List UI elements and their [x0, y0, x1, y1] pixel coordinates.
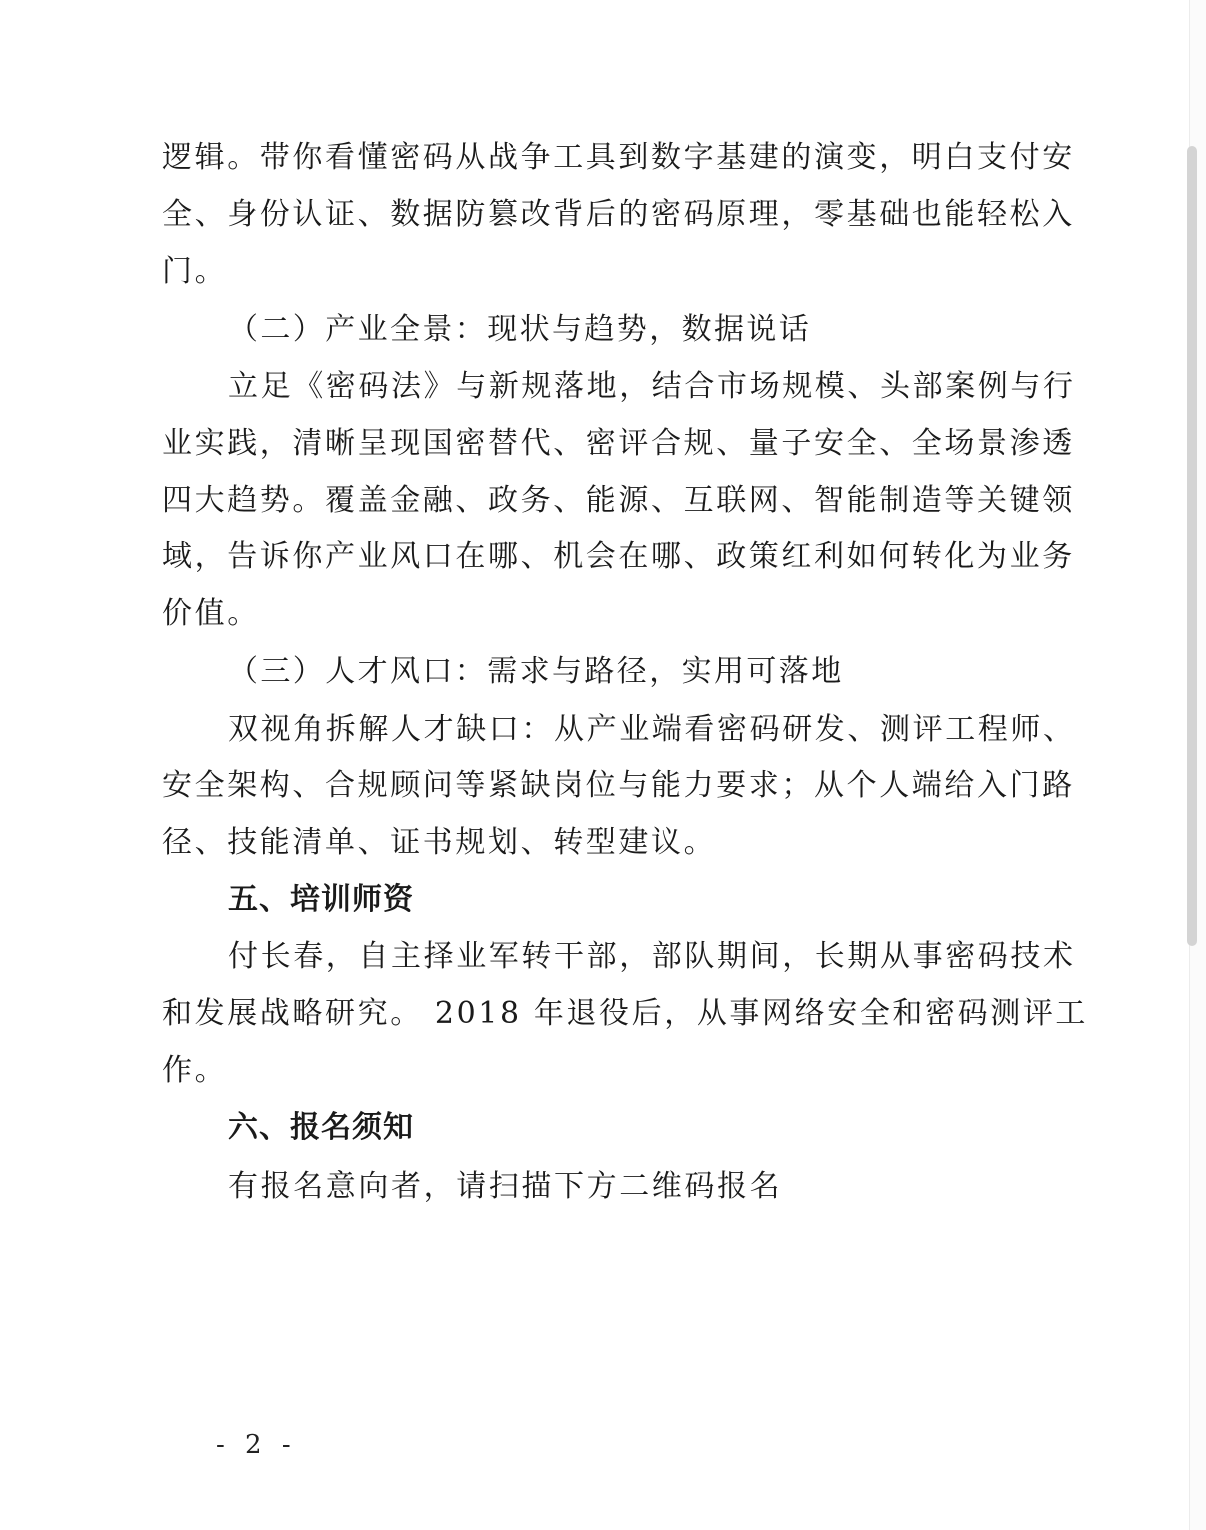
- paragraph-line: 价值。: [162, 594, 260, 634]
- section-title-talent: （三）人才风口：需求与路径，实用可落地: [228, 652, 844, 692]
- paragraph-line: 有报名意向者，请扫描下方二维码报名: [228, 1167, 782, 1207]
- paragraph-line: 逻辑。带你看懂密码从战争工具到数字基建的演变，明白支付安: [162, 138, 1075, 178]
- paragraph-line: 门。: [162, 252, 227, 292]
- section-title-industry-overview: （二）产业全景：现状与趋势，数据说话: [228, 310, 811, 350]
- paragraph-line: 付长春，自主择业军转干部，部队期间，长期从事密码技术: [228, 937, 1076, 977]
- document-page: 逻辑。带你看懂密码从战争工具到数字基建的演变，明白支付安 全、身份认证、数据防篡…: [0, 0, 1190, 1530]
- paragraph-line: 立足《密码法》与新规落地，结合市场规模、头部案例与行: [228, 367, 1076, 407]
- paragraph-line: 双视角拆解人才缺口：从产业端看密码研发、测评工程师、: [228, 710, 1076, 750]
- paragraph-line: 域，告诉你产业风口在哪、机会在哪、政策红利如何转化为业务: [162, 537, 1075, 577]
- scrollbar-thumb[interactable]: [1187, 146, 1197, 946]
- chapter-title-instructors: 五、培训师资: [228, 880, 414, 920]
- paragraph-line: 全、身份认证、数据防篡改背后的密码原理，零基础也能轻松入: [162, 195, 1075, 235]
- paragraph-line: 作。: [162, 1051, 227, 1091]
- paragraph-line: 业实践，清晰呈现国密替代、密评合规、量子安全、全场景渗透: [162, 424, 1075, 464]
- paragraph-line: 和发展战略研究。 2018 年退役后，从事网络安全和密码测评工: [162, 994, 1088, 1034]
- page-number: - 2 -: [216, 1428, 297, 1462]
- chapter-title-registration: 六、报名须知: [228, 1108, 414, 1148]
- paragraph-line: 四大趋势。覆盖金融、政务、能源、互联网、智能制造等关键领: [162, 481, 1075, 521]
- paragraph-line: 安全架构、合规顾问等紧缺岗位与能力要求；从个人端给入门路: [162, 766, 1075, 806]
- paragraph-line: 径、技能清单、证书规划、转型建议。: [162, 823, 716, 863]
